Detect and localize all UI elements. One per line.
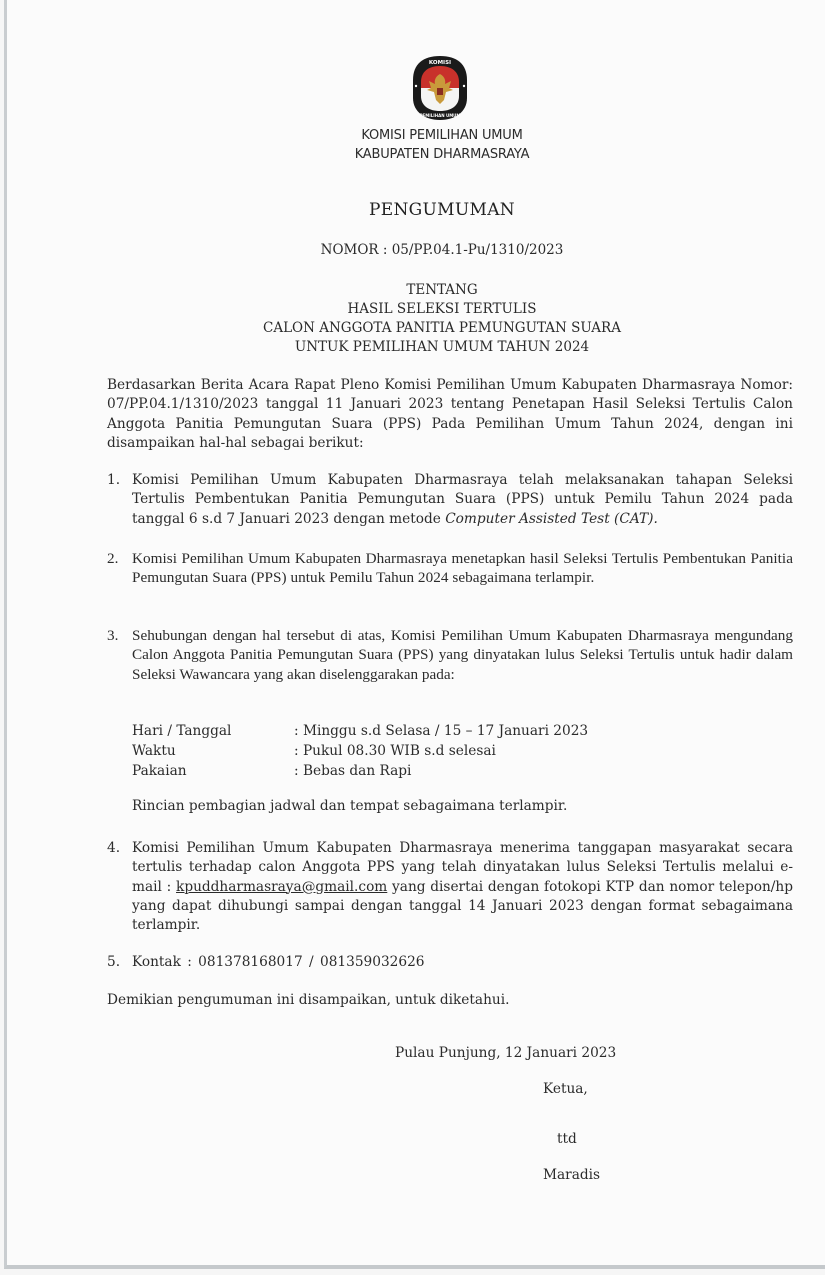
list-item: 5. Kontak : 081378168017 / 081359032626 <box>107 953 793 972</box>
signer-position: Ketua, <box>543 1081 588 1097</box>
signer-name: Maradis <box>543 1167 600 1183</box>
svg-text:PEMILIHAN UMUM: PEMILIHAN UMUM <box>420 113 461 118</box>
item-number: 4. <box>107 839 120 858</box>
schedule-value: : Bebas dan Rapi <box>294 761 411 781</box>
place-date: Pulau Punjung, 12 Januari 2023 <box>395 1045 616 1061</box>
svg-text:KOMISI: KOMISI <box>429 60 451 66</box>
list-item: 1. Komisi Pemilihan Umum Kabupaten Dharm… <box>107 471 793 529</box>
item-number: 3. <box>107 626 118 645</box>
list-item: 3. Sehubungan dengan hal tersebut di ata… <box>107 626 793 684</box>
intro-paragraph: Berdasarkan Berita Acara Rapat Pleno Kom… <box>107 376 793 453</box>
schedule-note: Rincian pembagian jadwal dan tempat seba… <box>132 798 567 814</box>
list-item: 4. Komisi Pemilihan Umum Kabupaten Dharm… <box>107 839 793 935</box>
document-subject: TENTANG HASIL SELEKSI TERTULIS CALON ANG… <box>7 281 825 357</box>
subject-line: HASIL SELEKSI TERTULIS <box>7 300 825 319</box>
item-text: Komisi Pemilihan Umum Kabupaten Dharmasr… <box>132 471 793 529</box>
signature-mark: ttd <box>557 1131 577 1147</box>
kpu-emblem-icon: KOMISI PEMILIHAN UMUM <box>409 54 471 122</box>
schedule-value: : Pukul 08.30 WIB s.d selesai <box>294 741 496 761</box>
item-text: Sehubungan dengan hal tersebut di atas, … <box>132 626 793 684</box>
schedule-value: : Minggu s.d Selasa / 15 – 17 Januari 20… <box>294 721 588 741</box>
subject-line: TENTANG <box>7 281 825 300</box>
document-title: PENGUMUMAN <box>7 200 825 220</box>
schedule-label: Hari / Tanggal <box>132 721 294 741</box>
institution-region: KABUPATEN DHARMASRAYA <box>7 147 825 162</box>
schedule-label: Pakaian <box>132 761 294 781</box>
institution-name: KOMISI PEMILIHAN UMUM <box>7 128 825 143</box>
subject-line: CALON ANGGOTA PANITIA PEMUNGUTAN SUARA <box>7 319 825 338</box>
list-item: 2. Komisi Pemilihan Umum Kabupaten Dharm… <box>107 549 793 588</box>
item-text: Komisi Pemilihan Umum Kabupaten Dharmasr… <box>132 839 793 935</box>
schedule-row: Hari / Tanggal : Minggu s.d Selasa / 15 … <box>132 721 588 741</box>
schedule-row: Waktu : Pukul 08.30 WIB s.d selesai <box>132 741 588 761</box>
document-number: NOMOR : 05/PP.04.1-Pu/1310/2023 <box>7 242 825 258</box>
item-number: 1. <box>107 471 120 490</box>
item-text: Komisi Pemilihan Umum Kabupaten Dharmasr… <box>132 549 793 588</box>
schedule-row: Pakaian : Bebas dan Rapi <box>132 761 588 781</box>
subject-line: UNTUK PEMILIHAN UMUM TAHUN 2024 <box>7 338 825 357</box>
email-link[interactable]: kpuddharmasraya@gmail.com <box>176 879 387 895</box>
contact-text: Kontak : 081378168017 / 081359032626 <box>132 953 793 972</box>
item-number: 2. <box>107 549 119 568</box>
closing-statement: Demikian pengumuman ini disampaikan, unt… <box>107 992 509 1008</box>
interview-schedule: Hari / Tanggal : Minggu s.d Selasa / 15 … <box>132 721 588 781</box>
item-number: 5. <box>107 953 120 972</box>
method-name: Computer Assisted Test (CAT). <box>445 511 658 527</box>
document-page: KOMISI PEMILIHAN UMUM KOMISI PEMILIHAN U… <box>4 0 825 1269</box>
schedule-label: Waktu <box>132 741 294 761</box>
